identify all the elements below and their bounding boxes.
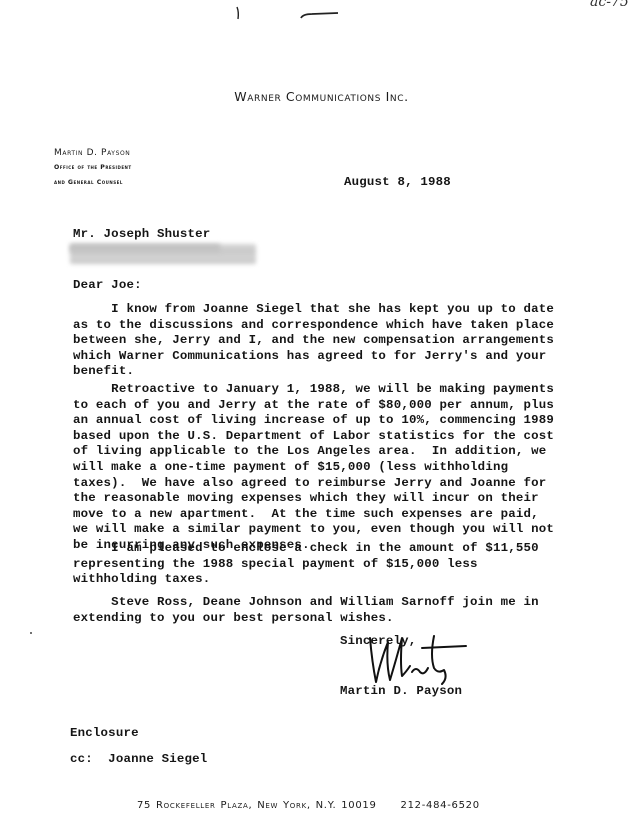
salutation: Dear Joe: <box>73 278 142 294</box>
sender-block: Martin D. Payson Office of the President… <box>54 146 132 190</box>
body-paragraph-1: I know from Joanne Siegel that she has k… <box>73 302 554 380</box>
handwritten-dash-icon <box>300 10 340 20</box>
footer-phone: 212-484-6520 <box>401 800 480 811</box>
handwritten-mark-icon <box>235 6 241 20</box>
company-letterhead: Warner Communications Inc. <box>0 89 643 104</box>
footer-address: 75 Rockefeller Plaza, New York, N.Y. 100… <box>137 800 377 811</box>
letterhead-footer: 75 Rockefeller Plaza, New York, N.Y. 100… <box>137 800 480 811</box>
body-paragraph-4: Steve Ross, Deane Johnson and William Sa… <box>73 595 539 626</box>
signer-name: Martin D. Payson <box>340 684 462 700</box>
scan-speck <box>30 632 32 634</box>
body-paragraph-3: I am pleased to enclose a check in the a… <box>73 541 539 588</box>
redacted-overlay <box>70 244 220 252</box>
sender-title-line2: and General Counsel <box>54 175 132 190</box>
cc-line: cc: Joanne Siegel <box>70 752 207 768</box>
sender-title-line1: Office of the President <box>54 160 132 175</box>
corner-handwritten-note: ac-75 <box>590 0 629 10</box>
recipient-name: Mr. Joseph Shuster <box>73 227 210 243</box>
signature-icon <box>362 632 472 688</box>
body-paragraph-2: Retroactive to January 1, 1988, we will … <box>73 382 554 554</box>
sender-name: Martin D. Payson <box>54 146 132 160</box>
letter-date: August 8, 1988 <box>344 175 451 191</box>
enclosure-note: Enclosure <box>70 726 139 742</box>
